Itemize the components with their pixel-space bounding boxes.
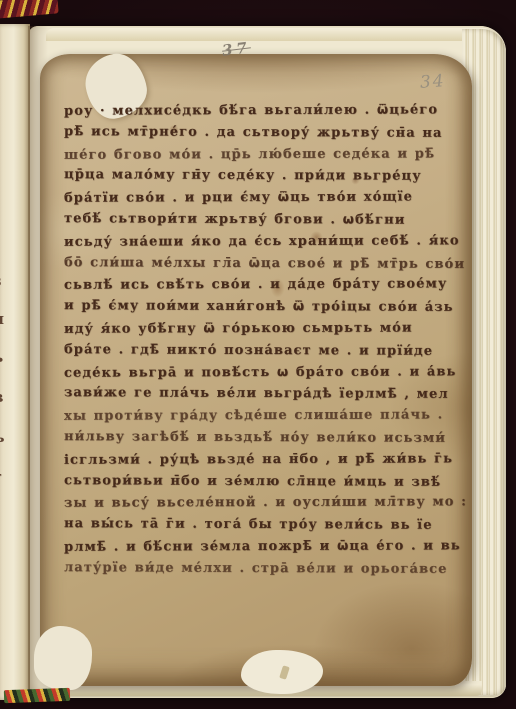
gutter-shadow	[28, 26, 48, 698]
facing-text-fragment: н	[0, 310, 4, 328]
manuscript-line: зави́же ге пла́чь ве́ли вьгра́дѣ їерлмѣ̄…	[64, 382, 464, 406]
manuscript-line: тебѣ́ сьтвори́ти жрьтву́ б̄гови . ѡбѣ́гн…	[64, 208, 464, 232]
manuscript-line: бо̄ сли́ша ме́лхы гл̄а ѡ̄ца свое́ и рѣ̄ …	[64, 252, 464, 276]
folio-number: 34	[419, 71, 446, 93]
facing-text-fragment: ѕ	[0, 272, 1, 290]
manuscript-photo: ѕ н ь в ъ г 37 34 роу · мелхисе́дкь бѣ́г…	[0, 0, 516, 709]
manuscript-line: хы проти́ву гра́ду сѣде́ше слиша́ше пла́…	[64, 404, 464, 427]
manuscript-line: ни́льву загѣбѣ́ и вьздьѣ́ но́у вели́ко и…	[64, 426, 464, 450]
manuscript-line: роу · мелхисе́дкь бѣ́га вьгали́лею . ѿць…	[64, 99, 464, 122]
manuscript-line: на вы́сь та̄ г̄и . тога́ бы тро́у вели́с…	[64, 513, 464, 537]
manuscript-line: рѣ̄ ись мт̄рне́го . да сьтвору́ жрьтву́ …	[64, 121, 464, 145]
manuscript-line: ісгльзми́ . ру́цѣ вьзде́ на н̄бо , и рѣ̄…	[64, 448, 464, 471]
manuscript-line: бра́тїи сво́и . и рци є́му ѿць тво́и хо́…	[64, 186, 464, 209]
manuscript-line: ше́го б̄гово мо́и . цр̄ь лю́беше седе́ка…	[64, 143, 464, 166]
manuscript-line: цр̄ца мало́му гн̄у седе́ку . при́ди вьгр…	[64, 165, 464, 189]
manuscript-line: зы и вьсу́ вьселе́нной . и оусли́ши мл̄т…	[64, 492, 464, 515]
facing-page-strip: ѕ н ь в ъ г	[0, 24, 30, 700]
facing-text-fragment: ь	[0, 348, 3, 366]
manuscript-line: и рѣ̄ є́му пои́ми хани́гонѣ ѿ тро́іцы св…	[64, 295, 464, 319]
pencil-scribble: 37	[221, 38, 252, 59]
manuscript-line: исьду́ зна́еши я́ко да є́сь храни́щи себ…	[64, 230, 464, 253]
manuscript-line: лату́рїе ви́де ме́лхи . стра̄ ве́ли и ор…	[64, 557, 464, 581]
manuscript-line: седе́кь вьгра̄ и повѣ́сть ѡ бра́то сво́и…	[64, 361, 464, 384]
facing-text-fragment: г	[0, 468, 2, 486]
manuscript-line: иду́ я́ко убѣ́гну ѿ го́рькою сьмрьть мо́…	[64, 317, 464, 340]
endband-top	[0, 0, 59, 19]
manuscript-line: сьвлѣ́ ись свѣ́ть сво́и . и да́де бра́ту…	[64, 274, 464, 297]
facing-text-fragment: в	[0, 388, 3, 406]
manuscript-text-block: роу · мелхисе́дкь бѣ́га вьгали́лею . ѿць…	[64, 100, 464, 580]
facing-text-fragment: ъ	[0, 428, 5, 446]
manuscript-line: сьтвори́вьи н̄бо и зе́млю сл̄нце и́мць и…	[64, 470, 464, 494]
repair-patch-bottom-left	[34, 626, 92, 690]
manuscript-line: бра́те . гдѣ̄ никто́ позна́ваєт ме . и п…	[64, 339, 464, 363]
page-top-edge	[46, 28, 492, 41]
manuscript-line: рлмѣ̄ . и бѣ́сни зе́мла пожрѣ̄ и ѡ̄ца е́…	[64, 535, 464, 558]
endband-bottom	[4, 688, 70, 703]
